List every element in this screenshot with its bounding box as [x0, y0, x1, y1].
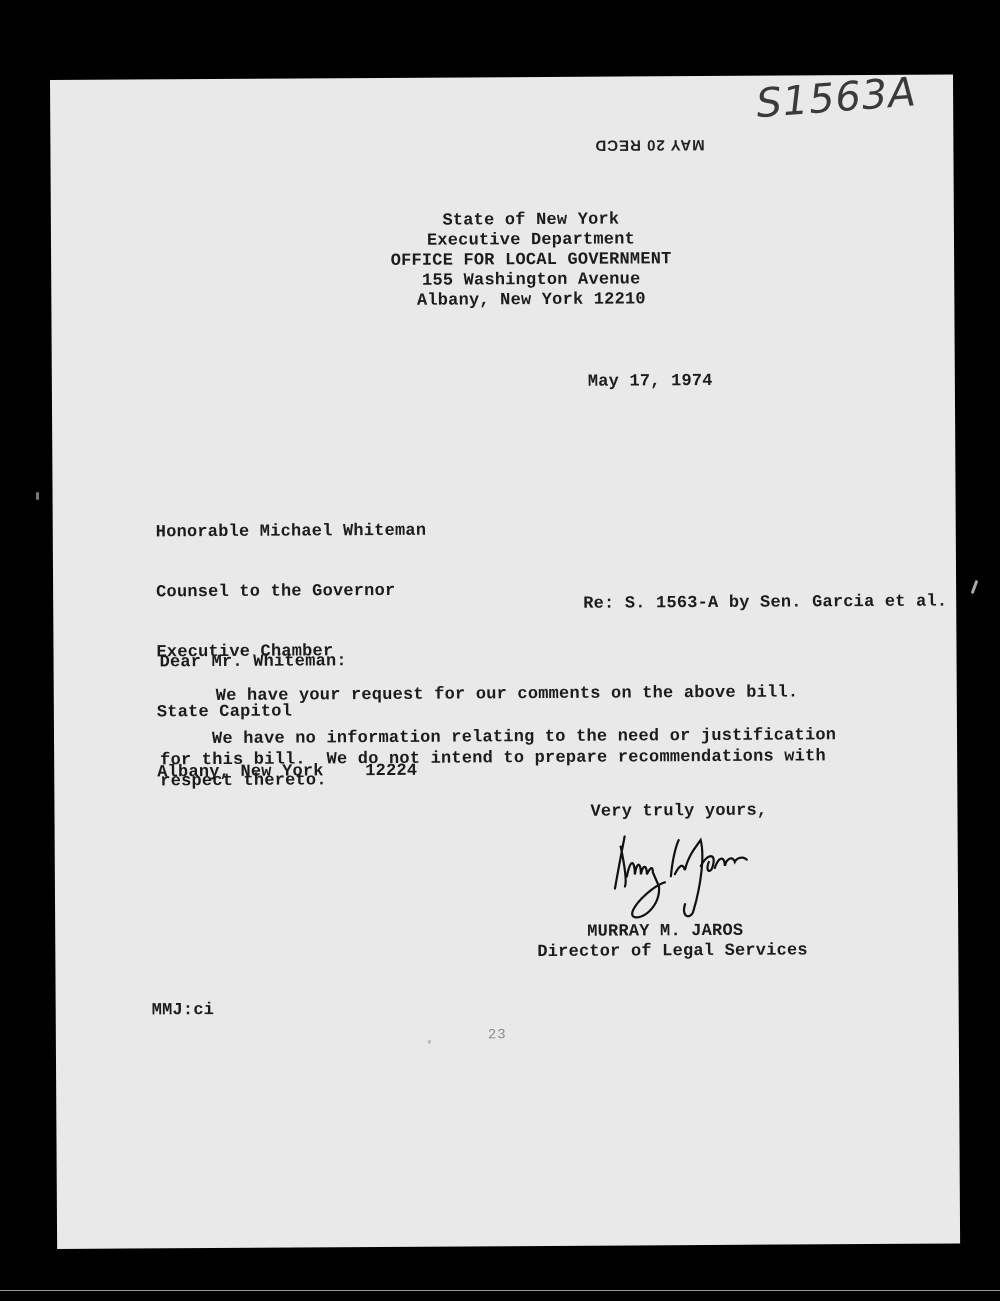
complimentary-closing: Very truly yours,	[590, 802, 767, 823]
signer-title: Director of Legal Services	[537, 941, 808, 963]
subject-re-line: Re: S. 1563-A by Sen. Garcia et al.	[583, 593, 947, 615]
letter-page: S1563A MAY 20 RECD State of New York Exe…	[50, 74, 960, 1248]
typist-initials: MMJ:ci	[152, 1001, 215, 1021]
faint-page-mark: 23	[488, 1027, 507, 1043]
paper-speck	[428, 1040, 431, 1044]
body-paragraph-2: We have no information relating to the n…	[160, 725, 836, 792]
salutation: Dear Mr. Whiteman:	[160, 652, 347, 673]
letterhead-line: OFFICE FOR LOCAL GOVERNMENT	[381, 250, 681, 272]
letterhead: State of New York Executive Department O…	[381, 210, 682, 312]
letterhead-line: Albany, New York 12210	[381, 290, 681, 312]
received-date-stamp: MAY 20 RECD	[594, 136, 704, 154]
scanned-document: S1563A MAY 20 RECD State of New York Exe…	[0, 0, 1000, 1301]
letter-date: May 17, 1974	[588, 372, 713, 393]
scan-artifact	[971, 580, 979, 594]
handwritten-bill-reference: S1563A	[755, 69, 919, 127]
scan-edge-line	[0, 1290, 1000, 1291]
signer-name: MURRAY M. JAROS	[587, 922, 743, 943]
letterhead-line: State of New York	[381, 210, 681, 232]
recipient-line: Honorable Michael Whiteman	[156, 522, 427, 544]
letterhead-line: Executive Department	[381, 230, 681, 252]
handwritten-signature	[601, 825, 802, 926]
scan-artifact	[36, 492, 39, 500]
recipient-line: Counsel to the Governor	[156, 582, 427, 604]
body-paragraph-1: We have your request for our comments on…	[216, 683, 799, 707]
letterhead-line: 155 Washington Avenue	[381, 270, 681, 292]
